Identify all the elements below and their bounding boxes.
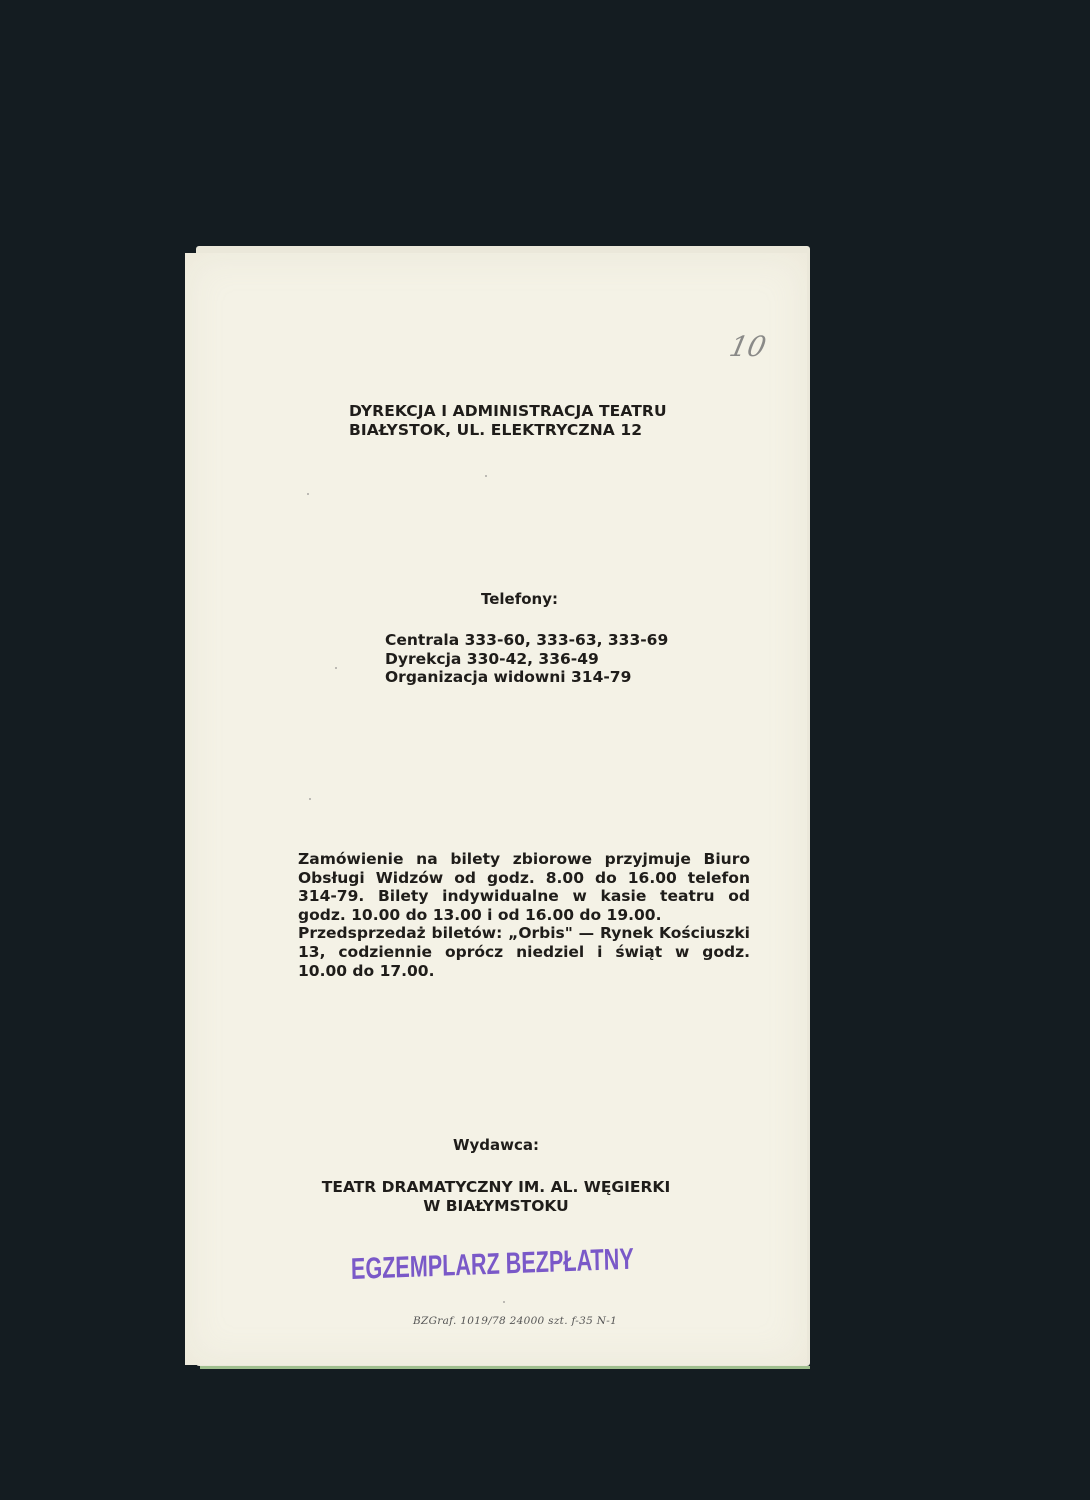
ticket-orders-info: Zamówienie na bilety zbiorowe przyjmuje … [298, 850, 750, 980]
publisher-name: TEATR DRAMATYCZNY IM. AL. WĘGIERKI W BIA… [185, 1178, 807, 1216]
paper-speck [485, 475, 487, 477]
orders-paragraph-2: Przedsprzedaż biletów: „Orbis" — Rynek K… [298, 924, 750, 980]
paper-speck [503, 1301, 505, 1303]
theatre-address: DYREKCJA I ADMINISTRACJA TEATRU BIAŁYSTO… [349, 402, 667, 440]
phones-list: Centrala 333-60, 333-63, 333-69 Dyrekcja… [385, 631, 668, 687]
phone-entry-audience: Organizacja widowni 314-79 [385, 668, 668, 687]
handwritten-page-number: 10 [726, 330, 769, 363]
paper-speck [307, 493, 309, 495]
publisher-line-1: TEATR DRAMATYCZNY IM. AL. WĘGIERKI [185, 1178, 807, 1197]
phones-heading: Telefony: [481, 590, 558, 608]
paper-speck [309, 798, 311, 800]
print-info: BZGraf. 1019/78 24000 szt. f-35 N-1 [413, 1315, 617, 1327]
free-copy-stamp: EGZEMPLARZ BEZPŁATNY [351, 1243, 634, 1287]
publisher-line-2: W BIAŁYMSTOKU [185, 1197, 807, 1216]
publisher-heading: Wydawca: [185, 1136, 807, 1154]
phone-entry-directorate: Dyrekcja 330-42, 336-49 [385, 650, 668, 669]
program-back-page: 10 DYREKCJA I ADMINISTRACJA TEATRU BIAŁY… [185, 253, 807, 1365]
address-line-1: DYREKCJA I ADMINISTRACJA TEATRU [349, 402, 667, 421]
paper-speck [335, 667, 337, 669]
address-line-2: BIAŁYSTOK, UL. ELEKTRYCZNA 12 [349, 421, 667, 440]
orders-paragraph-1: Zamówienie na bilety zbiorowe przyjmuje … [298, 850, 750, 924]
green-sheet-edge [200, 1366, 810, 1369]
phone-entry-central: Centrala 333-60, 333-63, 333-69 [385, 631, 668, 650]
